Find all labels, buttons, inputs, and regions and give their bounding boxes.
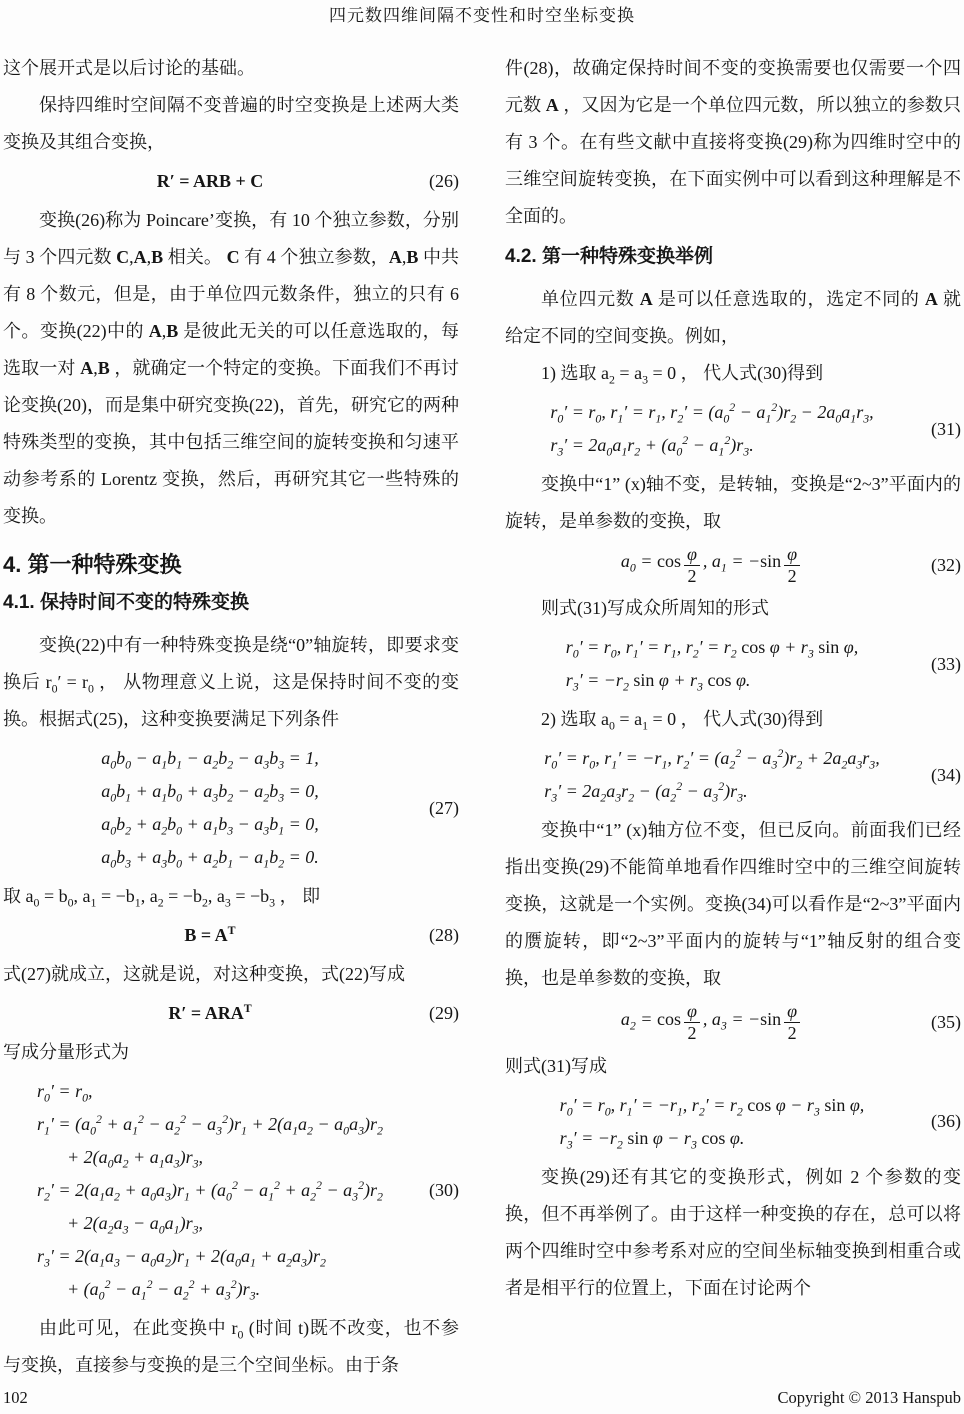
fraction: φ2 bbox=[684, 544, 700, 586]
equation-number: (35) bbox=[919, 1006, 961, 1039]
fraction-denominator: 2 bbox=[684, 1022, 700, 1044]
equation-line: a0b2 + a2b0 + a1b3 − a3b1 = 0, bbox=[101, 808, 319, 841]
equation-32: a0 = cosφ2, a1 = −sinφ2 (32) bbox=[505, 544, 961, 586]
equation-line: a0b1 + a1b0 + a3b2 − a2b3 = 0, bbox=[101, 775, 319, 808]
equation-26: R′ = ARB + C (26) bbox=[3, 165, 459, 198]
equation-line: r1′ = (a02 + a12 − a22 − a32)r1 + 2(a1a2… bbox=[37, 1108, 383, 1141]
equation-33: r0′ = r0, r1′ = r1, r2′ = r2 cos φ + r3 … bbox=[505, 631, 961, 697]
equation-body: B = AT bbox=[3, 919, 417, 952]
equation-line: a0b0 − a1b1 − a2b2 − a3b3 = 1, bbox=[101, 742, 319, 775]
list-item: 2) 选取 a0 = a1 = 0 ， 代人式(30)得到 bbox=[505, 701, 961, 738]
paragraph: 取 a0 = b0, a1 = −b1, a2 = −b2, a3 = −b3 … bbox=[3, 878, 459, 915]
equation-line: r3′ = 2(a1a3 − a0a2)r1 + 2(a0a1 + a2a3)r… bbox=[37, 1240, 383, 1273]
paragraph: 则式(31)写成 bbox=[505, 1048, 961, 1085]
equation-number: (32) bbox=[919, 549, 961, 582]
paragraph: 写成分量形式为 bbox=[3, 1034, 459, 1071]
page-footer: 102 Copyright © 2013 Hanspub bbox=[3, 1388, 961, 1408]
equation-line: + 2(a0a2 + a1a3)r3, bbox=[37, 1141, 383, 1174]
equation-body: r0′ = r0, r1′ = r1, r2′ = (a02 − a12)r2 … bbox=[505, 396, 919, 462]
section-heading-4-1: 4.1. 保持时间不变的特殊变换 bbox=[3, 591, 459, 615]
equation-line: a0b3 + a3b0 + a2b1 − a1b2 = 0. bbox=[101, 841, 319, 874]
two-column-body: 这个展开式是以后讨论的基础。 保持四维时空间隔不变普遍的时空变换是上述两大类变换… bbox=[0, 50, 964, 1384]
fraction-numerator: φ bbox=[784, 1001, 800, 1022]
right-column: 件(28)，故确定保持时间不变的变换需要也仅需要一个四元数 A ，又因为它是一个… bbox=[505, 50, 961, 1384]
page-number: 102 bbox=[3, 1388, 28, 1408]
paper-page: 四元数四维间隔不变性和时空坐标变换 这个展开式是以后讨论的基础。 保持四维时空间… bbox=[0, 0, 964, 1414]
paragraph: 变换(22)中有一种特殊变换是绕“0”轴旋转，即要求变换后 r0′ = r0 ，… bbox=[3, 627, 459, 738]
equation-line: + (a02 − a12 − a22 + a32)r3. bbox=[37, 1273, 383, 1306]
equation-body: r0′ = r0, r1′ = −r1, r2′ = r2 cos φ − r3… bbox=[505, 1089, 919, 1155]
fraction-numerator: φ bbox=[684, 1001, 700, 1022]
paragraph: 变换(26)称为 Poincare’变换，有 10 个独立参数，分别与 3 个四… bbox=[3, 202, 459, 535]
equation-line: + 2(a2a3 − a0a1)r3, bbox=[37, 1207, 383, 1240]
equation-34: r0′ = r0, r1′ = −r1, r2′ = (a22 − a32)r2… bbox=[505, 742, 961, 808]
paragraph: 这个展开式是以后讨论的基础。 bbox=[3, 50, 459, 87]
transpose-superscript: T bbox=[244, 1001, 252, 1015]
equation-line: r0′ = r0, r1′ = −r1, r2′ = (a22 − a32)r2… bbox=[544, 742, 879, 775]
equation-body: R′ = ARAT bbox=[3, 997, 417, 1030]
section-heading-4: 4. 第一种特殊变换 bbox=[3, 551, 459, 579]
equation-number: (26) bbox=[417, 165, 459, 198]
equation-body: R′ = ARB + C bbox=[3, 165, 417, 198]
equation-line: r2′ = 2(a1a2 + a0a3)r1 + (a02 − a12 + a2… bbox=[37, 1174, 383, 1207]
equation-number: (36) bbox=[919, 1105, 961, 1138]
equation-30: r0′ = r0, r1′ = (a02 + a12 − a22 − a32)r… bbox=[3, 1075, 459, 1306]
equation-31: r0′ = r0, r1′ = r1, r2′ = (a02 − a12)r2 … bbox=[505, 396, 961, 462]
fraction-numerator: φ bbox=[684, 544, 700, 565]
equation-text: B = A bbox=[184, 925, 227, 945]
equation-body: a2 = cosφ2, a3 = −sinφ2 bbox=[505, 1001, 919, 1043]
paragraph: 变换中“1” (x)轴不变，是转轴，变换是“2~3”平面内的旋转，是单参数的变换… bbox=[505, 466, 961, 540]
fraction-numerator: φ bbox=[784, 544, 800, 565]
equation-36: r0′ = r0, r1′ = −r1, r2′ = r2 cos φ − r3… bbox=[505, 1089, 961, 1155]
equation-28: B = AT (28) bbox=[3, 919, 459, 952]
equation-body: r0′ = r0, r1′ = (a02 + a12 − a22 − a32)r… bbox=[3, 1075, 417, 1306]
equation-number: (31) bbox=[919, 413, 961, 446]
transpose-superscript: T bbox=[228, 923, 236, 937]
equation-body: a0b0 − a1b1 − a2b2 − a3b3 = 1, a0b1 + a1… bbox=[3, 742, 417, 874]
equation-29: R′ = ARAT (29) bbox=[3, 997, 459, 1030]
equation-number: (29) bbox=[417, 997, 459, 1030]
running-head-title: 四元数四维间隔不变性和时空坐标变换 bbox=[0, 0, 964, 26]
equation-line: r0′ = r0, r1′ = r1, r2′ = (a02 − a12)r2 … bbox=[550, 396, 873, 429]
equation-27: a0b0 − a1b1 − a2b2 − a3b3 = 1, a0b1 + a1… bbox=[3, 742, 459, 874]
equation-body: r0′ = r0, r1′ = −r1, r2′ = (a22 − a32)r2… bbox=[505, 742, 919, 808]
equation-text: a0 = cos bbox=[621, 551, 681, 571]
equation-line: r0′ = r0, r1′ = −r1, r2′ = r2 cos φ − r3… bbox=[560, 1089, 865, 1122]
fraction: φ2 bbox=[684, 1001, 700, 1043]
equation-35: a2 = cosφ2, a3 = −sinφ2 (35) bbox=[505, 1001, 961, 1043]
equation-line: r3′ = −r2 sin φ − r3 cos φ. bbox=[560, 1122, 865, 1155]
equation-body: r0′ = r0, r1′ = r1, r2′ = r2 cos φ + r3 … bbox=[505, 631, 919, 697]
section-heading-4-2: 4.2. 第一种特殊变换举例 bbox=[505, 245, 961, 269]
equation-body: a0 = cosφ2, a1 = −sinφ2 bbox=[505, 544, 919, 586]
paragraph: 由此可见，在此变换中 r0 (时间 t)既不改变，也不参与变换，直接参与变换的是… bbox=[3, 1310, 459, 1384]
list-item: 1) 选取 a2 = a3 = 0 ， 代人式(30)得到 bbox=[505, 355, 961, 392]
left-column: 这个展开式是以后讨论的基础。 保持四维时空间隔不变普遍的时空变换是上述两大类变换… bbox=[3, 50, 459, 1384]
equation-line: r3′ = 2a2a3r2 − (a22 − a32)r3. bbox=[544, 775, 879, 808]
equation-line: r0′ = r0, r1′ = r1, r2′ = r2 cos φ + r3 … bbox=[566, 631, 858, 664]
equation-text: R′ = ARA bbox=[168, 1003, 243, 1023]
equation-text: , a3 = −sin bbox=[703, 1009, 781, 1029]
equation-line: r3′ = −r2 sin φ + r3 cos φ. bbox=[566, 664, 858, 697]
fraction-denominator: 2 bbox=[784, 1022, 800, 1044]
fraction: φ2 bbox=[784, 544, 800, 586]
paragraph: 式(27)就成立，这就是说，对这种变换，式(22)写成 bbox=[3, 956, 459, 993]
fraction: φ2 bbox=[784, 1001, 800, 1043]
paragraph: 件(28)，故确定保持时间不变的变换需要也仅需要一个四元数 A ，又因为它是一个… bbox=[505, 50, 961, 235]
equation-text: a2 = cos bbox=[621, 1009, 681, 1029]
fraction-denominator: 2 bbox=[784, 565, 800, 587]
equation-line: r0′ = r0, bbox=[37, 1075, 383, 1108]
copyright-notice: Copyright © 2013 Hanspub bbox=[778, 1388, 962, 1408]
equation-text: , a1 = −sin bbox=[703, 551, 781, 571]
equation-number: (30) bbox=[417, 1174, 459, 1207]
paragraph: 保持四维时空间隔不变普遍的时空变换是上述两大类变换及其组合变换， bbox=[3, 87, 459, 161]
equation-number: (28) bbox=[417, 919, 459, 952]
paragraph: 变换中“1” (x)轴方位不变，但已反向。前面我们已经指出变换(29)不能简单地… bbox=[505, 812, 961, 997]
equation-number: (34) bbox=[919, 759, 961, 792]
equation-line: r3′ = 2a0a1r2 + (a02 − a12)r3. bbox=[550, 429, 873, 462]
equation-number: (33) bbox=[919, 648, 961, 681]
paragraph: 则式(31)写成众所周知的形式 bbox=[505, 590, 961, 627]
paragraph: 单位四元数 A 是可以任意选取的，选定不同的 A 就给定不同的空间变换。例如， bbox=[505, 281, 961, 355]
fraction-denominator: 2 bbox=[684, 565, 700, 587]
paragraph: 变换(29)还有其它的变换形式，例如 2 个参数的变换，但不再举例了。由于这样一… bbox=[505, 1159, 961, 1307]
equation-number: (27) bbox=[417, 792, 459, 825]
